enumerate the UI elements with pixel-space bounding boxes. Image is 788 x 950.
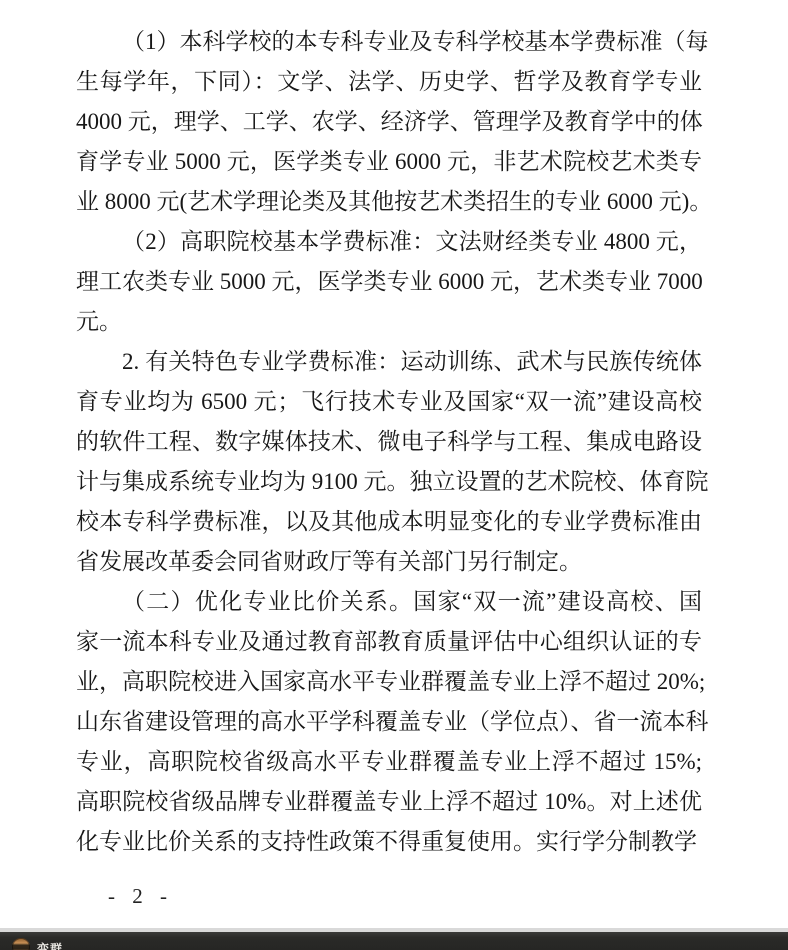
text-line: （二）优化专业比价关系。国家“双一流”建设高校、国 <box>76 582 702 622</box>
text-line: 家一流本科专业及通过教育部教育质量评估中心组织认证的专 <box>76 622 702 662</box>
text-line: 山东省建设管理的高水平学科覆盖专业（学位点）、省一流本科 <box>76 702 702 742</box>
text-line: 元。 <box>76 302 702 342</box>
text-line: 业 8000 元(艺术学理论类及其他按艺术类招生的专业 6000 元)。 <box>76 182 702 222</box>
text-line: 业，高职院校进入国家高水平专业群覆盖专业上浮不超过 20%; <box>76 662 702 702</box>
text-line: 校本专科学费标准，以及其他成本明显变化的专业学费标准由 <box>76 502 702 542</box>
text-line: 专业，高职院校省级高水平专业群覆盖专业上浮不超过 15%; <box>76 742 702 782</box>
text-line: （2）高职院校基本学费标准：文法财经类专业 4800 元， <box>76 222 702 262</box>
text-line: 育专业均为 6500 元；飞行技术专业及国家“双一流”建设高校 <box>76 382 702 422</box>
text-line: 的软件工程、数字媒体技术、微电子科学与工程、集成电路设 <box>76 422 702 462</box>
document-page: （1）本科学校的本专科专业及专科学校基本学费标准（每生每学年，下同）：文学、法学… <box>0 0 788 950</box>
text-line: 育学专业 5000 元，医学类专业 6000 元，非艺术院校艺术类专 <box>76 142 702 182</box>
text-line: 2. 有关特色专业学费标准：运动训练、武术与民族传统体 <box>76 342 702 382</box>
text-line: （1）本科学校的本专科专业及专科学校基本学费标准（每 <box>76 22 702 62</box>
text-line: 计与集成系统专业均为 9100 元。独立设置的艺术院校、体育院 <box>76 462 702 502</box>
document-body-text: （1）本科学校的本专科专业及专科学校基本学费标准（每生每学年，下同）：文学、法学… <box>76 22 702 862</box>
page-number: - 2 - <box>108 884 173 909</box>
text-line: 省发展改革委会同省财政厅等有关部门另行制定。 <box>76 542 702 582</box>
taskbar[interactable]: 变群 <box>0 932 788 950</box>
text-line: 理工农类专业 5000 元，医学类专业 6000 元，艺术类专业 7000 <box>76 262 702 302</box>
round-avatar-icon[interactable] <box>12 938 30 950</box>
text-line: 化专业比价关系的支持性政策不得重复使用。实行学分制教学 <box>76 822 702 862</box>
taskbar-app-label[interactable]: 变群 <box>37 940 63 950</box>
text-line: 4000 元，理学、工学、农学、经济学、管理学及教育学中的体 <box>76 102 702 142</box>
text-line: 高职院校省级品牌专业群覆盖专业上浮不超过 10%。对上述优 <box>76 782 702 822</box>
text-line: 生每学年，下同）：文学、法学、历史学、哲学及教育学专业 <box>76 62 702 102</box>
